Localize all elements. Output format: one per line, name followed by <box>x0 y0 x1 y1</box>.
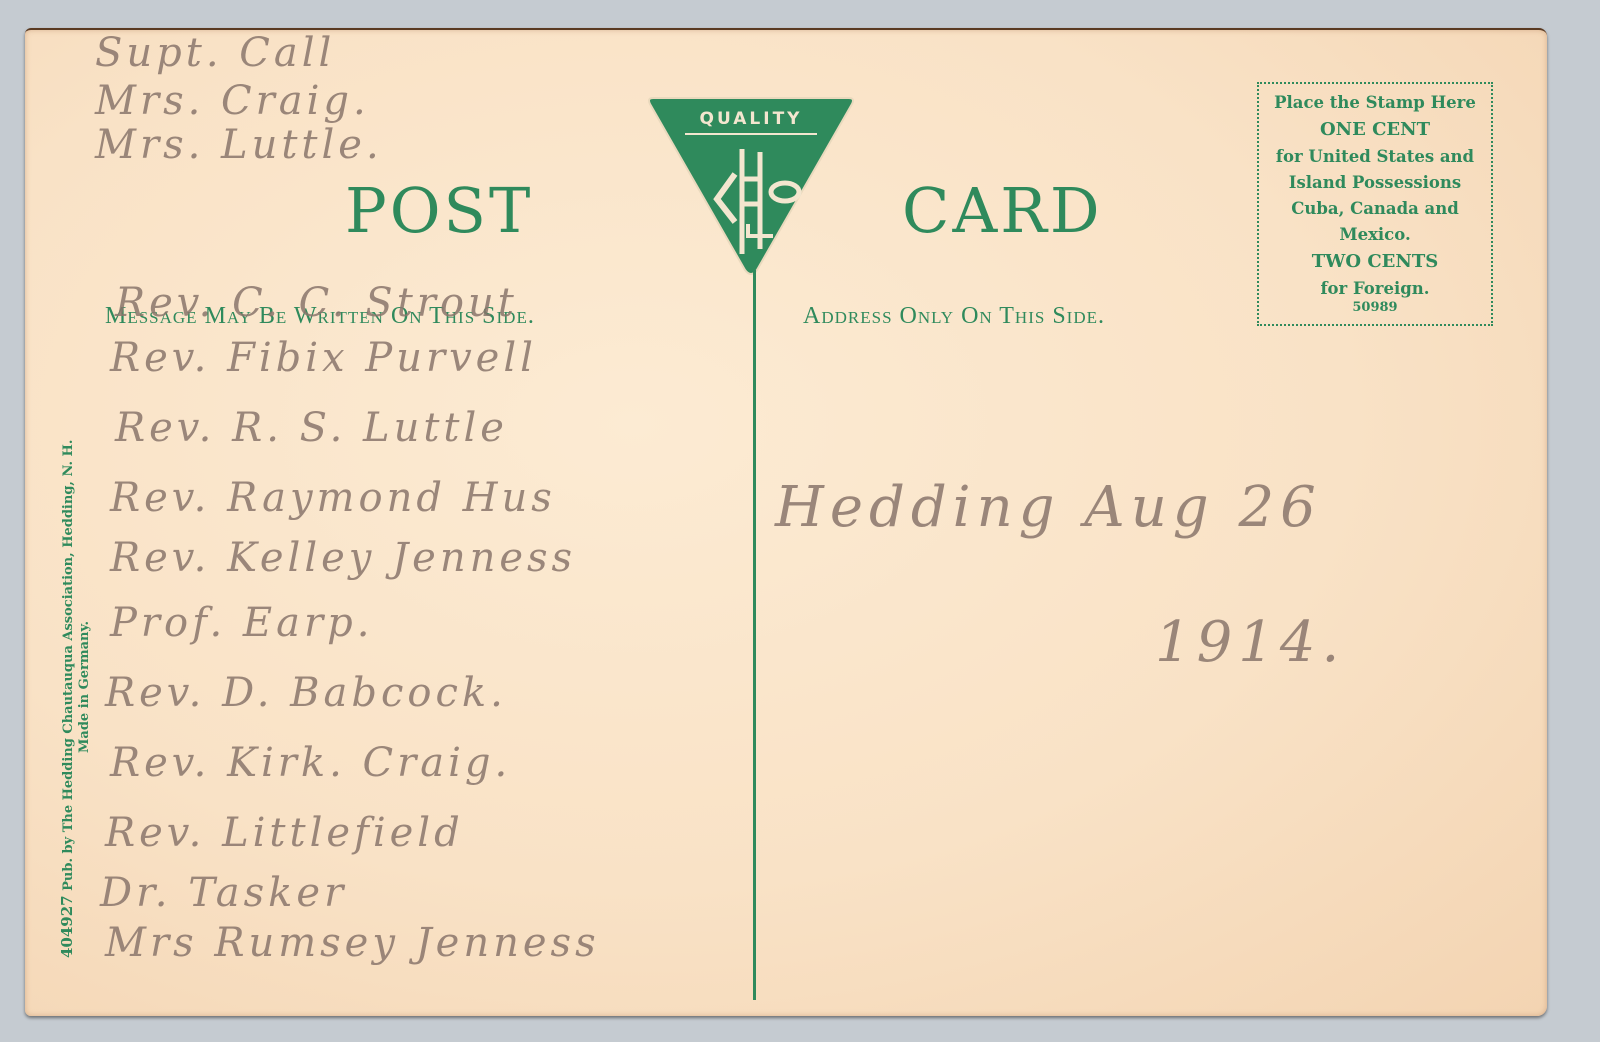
stamp-line: for United States and <box>1259 144 1491 170</box>
handwriting-line: Rev. Fibix Purvell <box>110 335 537 381</box>
stamp-line: TWO CENTS <box>1259 248 1491 276</box>
handwriting-line: Mrs. Craig. <box>95 78 370 124</box>
stamp-line: Mexico. <box>1259 222 1491 248</box>
address-side-label: Address Only On This Side. <box>803 303 1105 330</box>
post-heading: POST <box>345 180 533 242</box>
handwriting-line: Rev. R. S. Luttle <box>115 405 508 451</box>
stamp-box: Place the Stamp Here ONE CENT for United… <box>1257 82 1493 326</box>
handwriting-year: 1914. <box>1155 610 1345 675</box>
publisher-imprint: 404927 Pub. by The Hedding Chautauqua As… <box>59 440 93 958</box>
quality-logo-icon: QUALITY <box>645 94 857 276</box>
stamp-line: Place the Stamp Here <box>1259 90 1491 116</box>
catalog-number: 404927 <box>58 895 76 958</box>
handwriting-line: Rev. Kelley Jenness <box>110 535 576 581</box>
handwriting-line: Dr. Tasker <box>100 870 347 916</box>
handwriting-line: Prof. Earp. <box>110 600 373 646</box>
handwriting-line: Rev. Littlefield <box>105 810 464 856</box>
stamp-box-number: 50989 <box>1259 302 1491 314</box>
handwriting-place-date: Hedding Aug 26 <box>775 475 1322 540</box>
stamp-line: for Foreign. <box>1259 276 1491 302</box>
quality-text: QUALITY <box>700 109 803 129</box>
handwriting-line: Rev. D. Babcock. <box>105 670 507 716</box>
handwriting-line: Rev. Kirk. Craig. <box>110 740 511 786</box>
handwriting-line: Rev. C. C. Strout <box>115 280 518 326</box>
stamp-line: ONE CENT <box>1259 116 1491 144</box>
handwriting-line: Mrs. Luttle. <box>95 122 383 168</box>
made-in-line: Made in Germany. <box>77 440 93 958</box>
card-word: CARD <box>902 174 1103 247</box>
handwriting-line: Mrs Rumsey Jenness <box>105 920 600 966</box>
center-divider-line <box>753 270 756 1000</box>
postcard-back: Supt. Call Mrs. Craig. Mrs. Luttle. POST… <box>25 28 1547 1016</box>
publisher-line: Pub. by The Hedding Chautauqua Associati… <box>61 440 76 891</box>
post-word: POST <box>345 174 533 247</box>
stamp-line: Cuba, Canada and <box>1259 196 1491 222</box>
handwriting-line: Supt. Call <box>95 30 335 76</box>
handwriting-line: Rev. Raymond Hus <box>110 475 556 521</box>
stamp-line: Island Possessions <box>1259 170 1491 196</box>
card-heading: CARD <box>902 180 1103 242</box>
